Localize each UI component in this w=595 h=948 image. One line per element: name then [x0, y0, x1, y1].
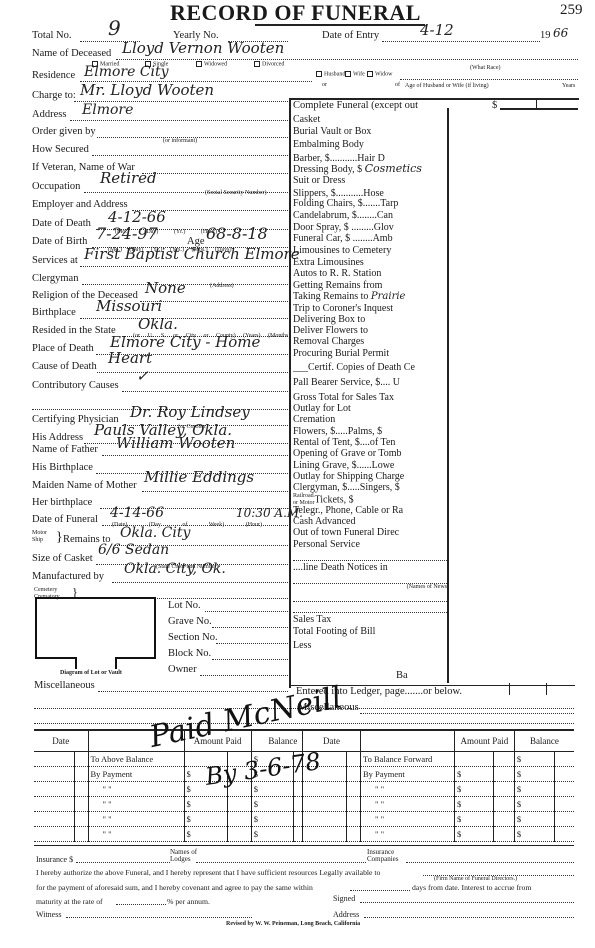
charge-less: Less: [293, 638, 447, 652]
date-of-death-label: Date of Death: [32, 218, 91, 230]
miscellaneous-label: Miscellaneous: [34, 680, 95, 692]
date-of-entry-year: 66: [553, 27, 568, 39]
insurance-label: Insurance $: [36, 854, 73, 866]
right-misc-line: [360, 713, 574, 714]
husband-checkbox[interactable]: Husband: [316, 71, 345, 78]
charge-blank-4: [293, 602, 447, 613]
address-footer-line: [364, 917, 574, 918]
residence-value: Elmore City: [84, 66, 169, 78]
charges-left-border: [289, 98, 291, 688]
complete-funeral-amount-line: [500, 108, 578, 110]
charge-candelabrum: Candelabrum, $........Can: [293, 210, 447, 222]
spouse-or-label: or: [322, 82, 327, 89]
charge-casket: Casket: [293, 114, 447, 126]
services-at-value: First Baptist Church Elmore: [84, 248, 300, 260]
age-value: 68-8-18: [206, 228, 268, 240]
charge-sales-tax: Sales Tax: [293, 613, 447, 624]
section-no-line: [216, 643, 288, 644]
ledger-right-desc-header: [361, 731, 455, 751]
charge-blank-3: [293, 591, 447, 602]
block-no-label: Block No.: [168, 648, 211, 660]
witness-line: [66, 917, 252, 918]
charge-suit: Suit or Dress: [293, 175, 447, 187]
days-line: [350, 890, 410, 891]
block-no-line: [212, 659, 288, 660]
charges-right-border: [447, 108, 449, 683]
charge-lining-grave: Lining Grave, $......Lowe: [293, 460, 447, 471]
manufactured-by-label: Manufactured by: [32, 571, 104, 583]
her-birthplace-label: Her birthplace: [32, 497, 92, 509]
date-of-birth-value: 7-24-97: [96, 228, 158, 240]
grave-no-label: Grave No.: [168, 616, 212, 628]
charge-getting-remains: Getting Remains from: [293, 280, 447, 291]
size-of-casket-label: Size of Casket: [32, 553, 93, 565]
complete-funeral-dollar: $: [492, 100, 497, 112]
how-secured-line: [92, 155, 288, 156]
services-at-label: Services at: [32, 255, 78, 267]
lot-diagram-gate: [75, 657, 117, 669]
name-of-father-line: [102, 455, 288, 456]
services-at-line: [80, 266, 288, 267]
total-no-value: 9: [108, 22, 121, 34]
occupation-value: Retired: [100, 172, 157, 184]
charge-pall-bearer: Pall Bearer Service, $.... U: [293, 377, 447, 392]
ledger-row: " " $ $: [34, 796, 314, 811]
charge-cash-advanced: Cash Advanced: [293, 516, 447, 527]
spouse-of-label: of: [395, 82, 400, 89]
years-note: Years: [562, 83, 575, 90]
size-of-casket-value: 6/6 Sedan: [98, 544, 169, 556]
cause-of-death-line: [97, 372, 288, 373]
ledger-right-amount-header: Amount Paid: [455, 731, 515, 751]
cause-of-death-value: Heart: [108, 352, 152, 364]
address-footer-label: Address: [333, 909, 359, 921]
owner-line: [200, 675, 288, 676]
diagram-caption: Diagram of Lot or Vault: [60, 670, 122, 677]
name-of-father-label: Name of Father: [32, 444, 98, 456]
days-from-date-text: days from date. Interest to accrue from: [412, 882, 531, 894]
charge-opening-grave: Opening of Grave or Tomb: [293, 448, 447, 459]
charge-shipping: Outlay for Shipping Charge: [293, 471, 447, 482]
charges-list: Casket Burial Vault or Box Embalming Bod…: [293, 114, 447, 652]
address-value: Elmore: [82, 104, 133, 116]
widowed-checkbox[interactable]: Widowed: [196, 61, 227, 68]
name-of-deceased-value: Lloyd Vernon Wooten: [122, 42, 284, 54]
religion-value: None: [145, 282, 186, 294]
clergyman-label: Clergyman: [32, 273, 78, 285]
signed-label: Signed: [333, 893, 355, 905]
place-of-death-label: Place of Death: [32, 343, 94, 355]
charge-to-value: Mr. Lloyd Wooten: [80, 84, 214, 96]
cause-of-death-label: Cause of Death: [32, 361, 97, 373]
ledger-tick-2: [546, 683, 547, 695]
ledger-row: By Payment $ $: [303, 766, 575, 781]
insurance-line: [76, 862, 170, 863]
ledger-row: " " $ $: [303, 781, 575, 796]
address-line: [70, 120, 288, 121]
manufactured-by-value: Okla. City, Ok.: [124, 563, 226, 575]
brace: }: [56, 532, 63, 544]
charge-extra-limousines: Extra Limousines: [293, 257, 447, 269]
contributory-causes-label: Contributory Causes: [32, 380, 119, 392]
ledger-row: " " $ $: [34, 811, 314, 826]
charge-total-footing: Total Footing of Bill: [293, 624, 447, 638]
charge-telegr: Telegr., Phone, Cable or Ra: [293, 505, 447, 516]
resided-label: Resided in the State: [32, 325, 116, 337]
revised-by-note: Revised by W. W. Peineman, Long Beach, C…: [226, 921, 360, 928]
charge-rental-tent: Rental of Tent, $....of Ten: [293, 437, 447, 448]
residence-label: Residence: [32, 70, 75, 82]
date-of-entry-value: 4-12: [420, 24, 454, 36]
lodges-line: [196, 862, 366, 863]
charge-limousines: Limousines to Cemetery: [293, 245, 447, 257]
lot-no-line: [205, 611, 288, 612]
date-of-funeral-label: Date of Funeral: [32, 514, 98, 526]
name-of-deceased-line: [116, 59, 578, 60]
resided-value: Okla.: [138, 318, 178, 330]
remains-to-value: Okla. City: [120, 527, 190, 539]
order-given-by-label: Order given by: [32, 126, 96, 138]
charge-dressing-body: Dressing Body, $ Cosmetics: [293, 163, 447, 175]
ledger-left-date-header: Date: [34, 731, 88, 751]
charge-funeral-car: Funeral Car, $ ........Amb: [293, 233, 447, 245]
balance-abbrev: Ba: [396, 670, 408, 682]
charge-blank-1: [293, 550, 447, 561]
birthplace-label: Birthplace: [32, 307, 76, 319]
page-number: 259: [560, 2, 583, 19]
date-of-entry-line: [382, 41, 540, 42]
ssn-note: (Social Security Number): [205, 190, 267, 197]
misc-line-3: [34, 723, 574, 724]
ledger-row: " " $ $: [34, 781, 314, 796]
charge-folding-chairs: Folding Chairs, $.......Tarp: [293, 198, 447, 210]
date-of-birth-label: Date of Birth: [32, 236, 87, 248]
maiden-name-line: [142, 491, 288, 492]
misc-line-1: [98, 691, 288, 692]
charge-to-label: Charge to:: [32, 90, 76, 102]
charge-coroner: Trip to Coroner's Inquest: [293, 303, 447, 314]
charge-certif-copies: ___Certif. Copies of Death Ce: [293, 362, 447, 377]
manufactured-by-line: [112, 582, 288, 583]
section-no-label: Section No.: [168, 632, 218, 644]
date-of-entry-year-prefix: 19: [540, 30, 551, 42]
name-of-father-value: William Wooten: [116, 437, 235, 449]
charge-burial-permit: Procuring Burial Permit: [293, 348, 447, 362]
occupation-label: Occupation: [32, 181, 80, 193]
ledger-row: " " $ $: [303, 826, 575, 841]
address-label: Address: [32, 109, 66, 121]
charge-autos: Autos to R. R. Station: [293, 268, 447, 280]
charge-out-of-town: Out of town Funeral Direc: [293, 527, 447, 538]
owner-label: Owner: [168, 664, 197, 676]
authorization-line-2: for the payment of aforesaid sum, and I …: [36, 882, 313, 894]
charge-door-spray: Door Spray, $ .........Glov: [293, 222, 447, 234]
informant-note: (or informant): [163, 138, 197, 145]
ledger-right: Date Amount Paid Balance To Balance Forw…: [302, 731, 574, 842]
insurance-companies-label: Insurance Companies: [367, 849, 399, 863]
charge-death-notices: ....line Death Notices in: [293, 561, 447, 572]
date-of-funeral-value: 4-14-66: [110, 507, 164, 519]
total-no-label: Total No.: [32, 30, 72, 42]
charge-personal-service: Personal Service: [293, 539, 447, 550]
charge-embalming: Embalming Body: [293, 137, 447, 151]
wife-checkbox[interactable]: Wife: [345, 71, 365, 78]
rate-line: [116, 904, 166, 905]
charge-delivering-box: Delivering Box to: [293, 314, 447, 325]
motor-ship-label: Motor Ship: [32, 530, 47, 544]
charge-slippers: Slippers, $...........Hose: [293, 186, 447, 198]
insurance-companies-line: [406, 862, 574, 863]
widow-checkbox[interactable]: Widow: [367, 71, 392, 78]
contributory-causes-line: [122, 391, 288, 392]
charge-flowers-palms: Flowers, $.....Palms, $: [293, 426, 447, 437]
charge-clergyman-singers: Clergyman, $.....Singers, $: [293, 482, 447, 493]
his-address-label: His Address: [32, 432, 83, 444]
signed-line: [360, 902, 574, 903]
ledger-right-balance-header: Balance: [514, 731, 574, 751]
lot-no-label: Lot No.: [168, 600, 201, 612]
per-annum-text: % per annum.: [167, 896, 210, 908]
charge-deliver-flowers: Deliver Flowers to: [293, 325, 447, 336]
ledger-row: " " $ $: [303, 811, 575, 826]
clergyman-address-note: (Address): [210, 283, 234, 290]
names-of-news-note: (Names of News: [293, 584, 447, 591]
charge-cremation: Cremation: [293, 414, 447, 425]
document-title: RECORD OF FUNERAL: [170, 0, 421, 26]
names-of-lodges-label: Names of Lodges: [170, 849, 197, 863]
charge-removal: Removal Charges: [293, 336, 447, 347]
ledger-row: " " $ $: [303, 796, 575, 811]
birthplace-value: Missouri: [96, 300, 162, 312]
witness-label: Witness: [36, 909, 61, 921]
certifying-physician-value: Dr. Roy Lindsey: [130, 406, 250, 418]
authorization-line-3: maturity at the rate of: [36, 896, 103, 908]
place-of-death-value: Elmore City - Home: [110, 336, 260, 348]
how-secured-label: How Secured: [32, 144, 89, 156]
charge-blank-2: [293, 572, 447, 583]
charge-outlay-lot: Outlay for Lot: [293, 403, 447, 414]
charge-gross-total: Gross Total for Sales Tax: [293, 392, 447, 403]
ledger-tick-1: [509, 683, 510, 695]
title-underline: [255, 24, 425, 26]
age-of-spouse-note: Age of Husband or Wife (if living): [405, 83, 489, 90]
veteran-war-line: [142, 173, 288, 174]
his-birthplace-label: His Birthplace: [32, 462, 93, 474]
charge-taking-remains: Taking Remains to Prairie: [293, 291, 447, 302]
contributory-causes-value: ✓: [136, 370, 149, 382]
authorization-line-1: I hereby authorize the above Funeral, an…: [36, 867, 380, 879]
date-of-entry-label: Date of Entry: [322, 30, 379, 42]
birthplace-line: [80, 318, 288, 319]
date-of-death-value: 4-12-66: [108, 211, 166, 223]
charge-burial-vault: Burial Vault or Box: [293, 126, 447, 138]
ledger-row: " " $ $: [34, 826, 314, 841]
maiden-name-value: Millie Eddings: [144, 471, 254, 483]
name-of-deceased-label: Name of Deceased: [32, 48, 111, 60]
spouse-line: [400, 79, 578, 80]
complete-funeral-label: Complete Funeral (except out: [293, 100, 418, 112]
amount-divider: [536, 98, 537, 108]
maiden-name-label: Maiden Name of Mother: [32, 480, 137, 492]
lot-diagram-box: [35, 597, 156, 659]
ledger-row: To Balance Forward $: [303, 751, 575, 766]
what-race-note: (What Race): [470, 65, 500, 72]
charge-tickets: Railroad or MotorTickets, $: [293, 493, 447, 504]
divorced-checkbox[interactable]: Divorced: [254, 61, 284, 68]
grave-no-line: [212, 627, 288, 628]
